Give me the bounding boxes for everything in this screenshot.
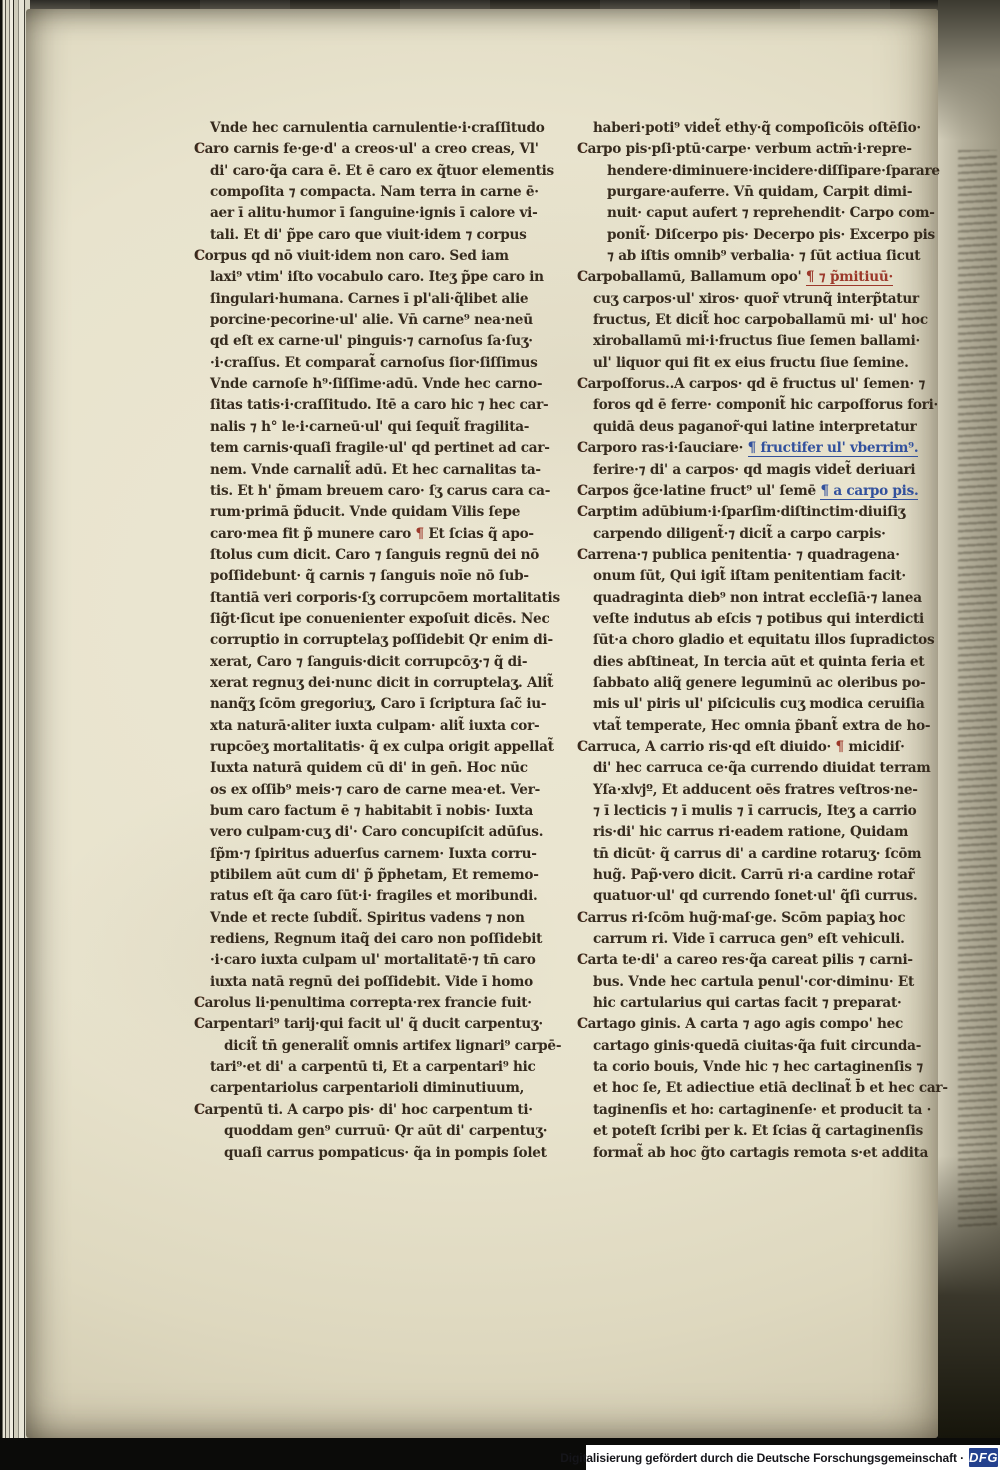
text-line: ſtantiā veri corporis·ſʒ corrupcōem mort… (210, 588, 546, 609)
text-line: tem carnis·quaſi fragile·ul' qd pertinet… (210, 438, 546, 459)
text-line: haberi·poti⁹ videt̃ ethy·q̃ compoſicōis … (593, 118, 929, 139)
text-line: ptibilem aūt cum di' p̃ p̃phetam, Et rem… (210, 865, 546, 886)
text-line: Vnde hec carnulentia carnulentie·i·craſſ… (210, 118, 546, 139)
text-line: ris·di' hic carrus ri·eadem ratione, Qui… (593, 822, 929, 843)
text-line: hic cartularius qui cartas facit ⁊ prepa… (593, 993, 929, 1014)
text-line: xerat, Caro ⁊ ſanguis·dicit corrupcōʒ·⁊ … (210, 652, 546, 673)
text-line: ponit̃· Diſcerpo pis· Decerpo pis· Excer… (607, 225, 929, 246)
text-line: Carpentari⁹ tarij·qui facit ul' q̃ ducit… (194, 1014, 546, 1035)
text-line: vero culpam·cuʒ di'· Caro concupiſcit ad… (210, 822, 546, 843)
text-line: ſūt·a choro gladio et equitatu illos ſup… (593, 630, 929, 651)
text-line: rum·primā p̃ducit. Vnde quidam Vilis ſep… (210, 502, 546, 523)
text-line: porcine·pecorine·ul' alie. Vn̄ carne⁹ ne… (210, 310, 546, 331)
text-line: cartago ginis·quedā ciuitas·q̃a fuit cir… (593, 1036, 929, 1057)
text-line: Caro carnis fe·ge·d' a creos·ul' a creo … (194, 139, 546, 160)
text-line: hendere·diminuere·incidere·diſſipare·ſpa… (607, 161, 929, 182)
text-line: ·i·caro iuxta culpam ul' mortalitatē·⁊ t… (210, 950, 546, 971)
text-line: rediens, Regnum itaq̃ dei caro non poſſi… (210, 929, 546, 950)
text-line: ferire·⁊ di' a carpos· qd magis videt̃ d… (593, 460, 929, 481)
text-line: fructus, Et dicit̃ hoc carpoballamū mi· … (593, 310, 929, 331)
text-line: cuʒ carpos·ul' xiros· quor̃ vtrunq̃ inte… (593, 289, 929, 310)
text-line: nuit· caput aufert ⁊ reprehendit· Carpo … (607, 203, 929, 224)
text-line: xta naturā·aliter iuxta culpam· alit̃ iu… (210, 716, 546, 737)
text-line: caro·mea fit p̃ munere caro ¶ Et ſcias q… (210, 524, 546, 545)
text-line: Carptim adūbium·i·ſparſim·diſtinctim·diu… (577, 502, 929, 523)
text-line: bum caro factum ē ⁊ habitabit ī nobis· I… (210, 801, 546, 822)
digitization-caption: Digitalisierung gefördert durch die Deut… (586, 1445, 1000, 1470)
text-line: ⁊ ab iſtis omnib⁹ verbalia· ⁊ ſūt actiua… (607, 246, 929, 267)
text-line: ul' liquor qui fit ex eius fructu ſiue ſ… (593, 353, 929, 374)
text-line: ·i·craſſus. Et comparat̃ carnoſus ſior·ſ… (210, 353, 546, 374)
text-line: ta corio bouis, Vnde hic ⁊ hec cartagine… (593, 1057, 929, 1078)
text-line: et hoc ſe, Et adiectiue etiā declinat̃ b… (593, 1078, 929, 1099)
text-line: iuxta natā regnū dei poſſidebit. Vide ī … (210, 972, 546, 993)
text-line: quaſi carrus pompaticus· q̃a in pompis ſ… (224, 1143, 546, 1164)
text-line: Carpoſforus..A carpos· qd ē fructus ul' … (577, 374, 929, 395)
text-line: carpentariolus carpentarioli diminutiuum… (210, 1078, 546, 1099)
text-line: Carrus ri·ſcōm hug̃·maſ·ge. Scōm papiaʒ … (577, 908, 929, 929)
text-line: qd eſt ex carne·ul' pinguis·⁊ carnoſus ſ… (210, 331, 546, 352)
text-line: onum ſūt, Qui igit̃ iſtam penitentiam fa… (593, 566, 929, 587)
text-line: xiroballamū mi·i·fructus ſiue ſemen ball… (593, 331, 929, 352)
text-line: di' caro·q̃a cara ē. Et ē caro ex q̃tuor… (210, 161, 546, 182)
text-line: aer ī alitu·humor ī ſanguine·ignis ī cal… (210, 203, 546, 224)
text-line: corruptio in corruptelaʒ poſſidebit Qr e… (210, 630, 546, 651)
text-line: tali. Et di' p̃pe caro que viuit·idem ⁊ … (210, 225, 546, 246)
text-line: Carrena·⁊ publica penitentia· ⁊ quadrage… (577, 545, 929, 566)
text-line: quatuor·ul' qd currendo ſonet·ul' q̃ſi c… (593, 886, 929, 907)
text-line: et poteſt ſcribi per k. Et ſcias q̃ cart… (593, 1121, 929, 1142)
text-line: vtat̃ temperate, Hec omnia p̃bant̃ extra… (593, 716, 929, 737)
text-line: Carruca, A carrio ris·qd eſt diuido· ¶ m… (577, 737, 929, 758)
text-line: carpendo diligent̃·⁊ dicit̃ a carpo carp… (593, 524, 929, 545)
text-line: taginenſis et ho: cartaginenſe· et produ… (593, 1100, 929, 1121)
text-line: purgare·auferre. Vn̄ quidam, Carpit dimi… (607, 182, 929, 203)
text-line: Corpus qd nō viuit·idem non caro. Sed ia… (194, 246, 546, 267)
text-line: tari⁹·et di' a carpentū ti, Et a carpent… (210, 1057, 546, 1078)
text-line: quadraginta dieb⁹ non intrat eccleſiā·⁊ … (593, 588, 929, 609)
text-line: Yſa·xlvjº, Et adducent oēs fratres veſtr… (593, 780, 929, 801)
text-line: mis ul' piris ul' piſciculis cuʒ modica … (593, 694, 929, 715)
text-line: Carpo pis·pſi·ptū·carpe· verbum actm̄·i·… (577, 139, 929, 160)
text-line: Vnde et recte ſubdit̃. Spiritus vadens ⁊… (210, 908, 546, 929)
caption-text: Digitalisierung gefördert durch die Deut… (560, 1451, 964, 1465)
text-line: hug̃. Pap̃·vero dicit. Carrū ri·a cardin… (593, 865, 929, 886)
text-line: ⁊ ī lecticis ⁊ ī mulis ⁊ ī carrucis, Ite… (593, 801, 929, 822)
text-line: carrum ri. Vide ī carruca gen⁹ eſt vehic… (593, 929, 929, 950)
text-line: tis. Et h' p̃mam breuem caro· ſʒ carus c… (210, 481, 546, 502)
text-line: quidā deus paganor̃·qui latine interpret… (593, 417, 929, 438)
text-line: os ex oſſib⁹ meis·⁊ caro de carne mea·et… (210, 780, 546, 801)
manuscript-column-right: haberi·poti⁹ videt̃ ethy·q̃ compoſicōis … (577, 118, 929, 1164)
text-line: foros qd ē ferre· componit̃ hic carpoſfo… (593, 395, 929, 416)
text-line: ſig̃t·ſicut ipe conuenienter expoſuit di… (210, 609, 546, 630)
facing-page-edge (938, 0, 1000, 1446)
text-line: bus. Vnde hec cartula penul'·cor·diminu·… (593, 972, 929, 993)
text-line: ſtolus cum dicit. Caro ⁊ ſanguis regnū d… (210, 545, 546, 566)
text-line: Carta te·di' a careo res·q̃a careat pili… (577, 950, 929, 971)
text-line: ſingulari·humana. Carnes ī pl'ali·q̃libe… (210, 289, 546, 310)
text-line: Vnde carnoſe h⁹·ſiſſime·adū. Vnde hec ca… (210, 374, 546, 395)
facing-page-text-blur (958, 150, 997, 1230)
text-line: Iuxta naturā quidem cū di' in gen̄. Hoc … (210, 758, 546, 779)
text-line: Carpentū ti. A carpo pis· di' hoc carpen… (194, 1100, 546, 1121)
text-line: di' hec carruca ce·q̃a currendo diuidat … (593, 758, 929, 779)
text-line: Carporo ras·i·ſauciare· ¶ fructifer ul' … (577, 438, 929, 459)
text-line: xerat regnuʒ dei·nunc dicit in corruptel… (210, 673, 546, 694)
text-line: Carpos g̃ce·latine fruct⁹ ul' ſemē ¶ a c… (577, 481, 929, 502)
text-line: ſabbato aliq̃ genere leguminū ac oleribu… (593, 673, 929, 694)
text-line: dies abſtineat, In tercia aūt et quinta … (593, 652, 929, 673)
text-line: poſſidebunt· q̃ carnis ⁊ ſanguis noīe nō… (210, 566, 546, 587)
dfg-logo: DFG (969, 1448, 998, 1467)
parchment-page: Vnde hec carnulentia carnulentie·i·craſſ… (26, 9, 938, 1438)
text-line: nem. Vnde carnalit̃ adū. Et hec carnalit… (210, 460, 546, 481)
text-line: Carpoballamū, Ballamum opo' ¶ ⁊ p̃mitiuū… (577, 267, 929, 288)
text-line: Cartago ginis. A carta ⁊ ago agis compo'… (577, 1014, 929, 1035)
text-line: dicit̃ tn̄ generalit̃ omnis artifex lign… (224, 1036, 546, 1057)
text-line: ſp̃m·⁊ ſpiritus aduerſus carnem· Iuxta c… (210, 844, 546, 865)
text-line: nalis ⁊ h° le·i·carneū·ul' qui ſequit̃ f… (210, 417, 546, 438)
text-line: laxi⁹ vtim' iſto vocabulo caro. Iteʒ p̃p… (210, 267, 546, 288)
text-line: ratus eſt q̃a caro ſūt·i· fragiles et mo… (210, 886, 546, 907)
text-line: quoddam gen⁹ curruū· Qr aūt di' carpentu… (224, 1121, 546, 1142)
digitized-manuscript-scan: Vnde hec carnulentia carnulentie·i·craſſ… (0, 0, 1000, 1470)
text-line: Carolus li·penultima correpta·rex franci… (194, 993, 546, 1014)
text-line: compoſita ⁊ compacta. Nam terra in carne… (210, 182, 546, 203)
text-line: rupcōeʒ mortalitatis· q̃ ex culpa origit… (210, 737, 546, 758)
text-line: ſitas tatis·i·craſſitudo. Itē a caro hic… (210, 395, 546, 416)
manuscript-column-left: Vnde hec carnulentia carnulentie·i·craſſ… (194, 118, 546, 1164)
text-line: veſte indutus ab eſcis ⁊ potibus qui int… (593, 609, 929, 630)
text-line: format̃ ab hoc g̃to cartagis remota s·et… (593, 1143, 929, 1164)
text-line: nanq̃ʒ ſcōm gregoriuʒ, Caro ī ſcriptura … (210, 694, 546, 715)
text-line: tn̄ dicūt· q̃ carrus di' a cardine rotar… (593, 844, 929, 865)
